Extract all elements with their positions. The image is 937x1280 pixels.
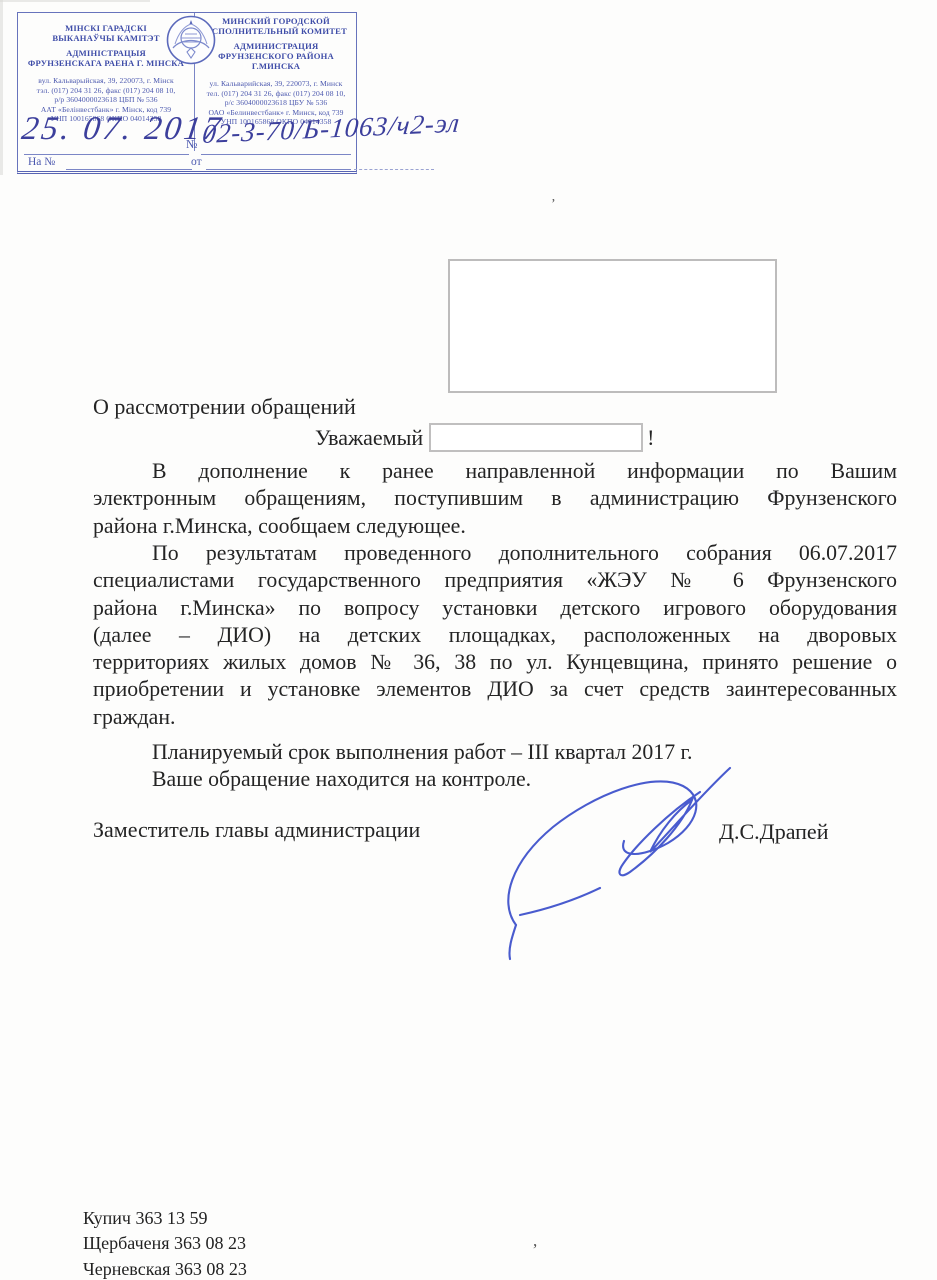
body-line: По результатам проведенного дополнительн… (93, 540, 897, 567)
from-date-ruling-line (206, 169, 351, 170)
subject-line: О рассмотрении обращений (93, 394, 356, 420)
body-line: района г.Минска» по вопросу установки де… (93, 595, 897, 622)
body-line: граждан. (93, 704, 897, 731)
scan-speck: ’ (551, 197, 556, 213)
body-line: территориях жилых домов № 36, 38 по ул. … (93, 649, 897, 676)
administration-name-ru: АДМИНИСТРАЦИЯ ФРУНЗЕНСКОГО РАЙОНА Г.МИНС… (197, 41, 355, 71)
body-line: приобретении и установке элементов ДИО з… (93, 676, 897, 703)
coat-of-arms-icon (165, 14, 217, 71)
body-line: (далее – ДИО) на детских площадках, расп… (93, 622, 897, 649)
scan-speck: , (533, 1231, 537, 1251)
recipient-address-redaction-box (448, 259, 777, 393)
salutation-suffix: ! (647, 425, 654, 450)
body-line: В дополнение к ранее направленной информ… (93, 458, 897, 485)
body-line: специалистами государственного предприят… (93, 567, 897, 594)
number-ruling-line (201, 154, 351, 155)
scan-edge-artifact (0, 0, 150, 2)
incoming-number-label: На № (28, 156, 55, 168)
scanned-letter-page: МІНСКІ ГАРАДСКІ ВЫКАНАЎЧЫ КАМІТЭТ АДМІНІ… (0, 0, 937, 1280)
committee-name-ru: МИНСКИЙ ГОРОДСКОЙ ИСПОЛНИТЕЛЬНЫЙ КОМИТЕТ (197, 16, 355, 36)
date-ruling-line (24, 154, 189, 155)
contact-line: Купич 363 13 59 (83, 1206, 247, 1231)
from-date-ruling-line-extension (354, 169, 434, 170)
handwritten-date: 25. 07. 2017 (19, 111, 225, 148)
contact-line: Щербаченя 363 08 23 (83, 1231, 247, 1256)
salutation-prefix: Уважаемый (315, 425, 423, 450)
body-paragraph-1: В дополнение к ранее направленной информ… (93, 458, 897, 540)
incoming-number-ruling-line (66, 169, 192, 170)
scan-edge-artifact (0, 0, 3, 175)
from-date-label: от (191, 156, 202, 168)
signer-title: Заместитель главы администрации (93, 817, 420, 843)
signature-ink (478, 753, 758, 973)
body-line: электронным обращениям, поступившим в ад… (93, 485, 897, 512)
body-line: района г.Минска, сообщаем следующее. (93, 513, 897, 540)
letterhead-stamp: МІНСКІ ГАРАДСКІ ВЫКАНАЎЧЫ КАМІТЭТ АДМІНІ… (17, 12, 357, 174)
recipient-name-redaction-box (429, 423, 643, 452)
body-paragraph-2: По результатам проведенного дополнительн… (93, 540, 897, 731)
salutation-line: Уважаемый! (93, 423, 897, 452)
contact-line: Черневская 363 08 23 (83, 1257, 247, 1280)
executor-contacts: Купич 363 13 59 Щербаченя 363 08 23 Черн… (83, 1206, 247, 1280)
